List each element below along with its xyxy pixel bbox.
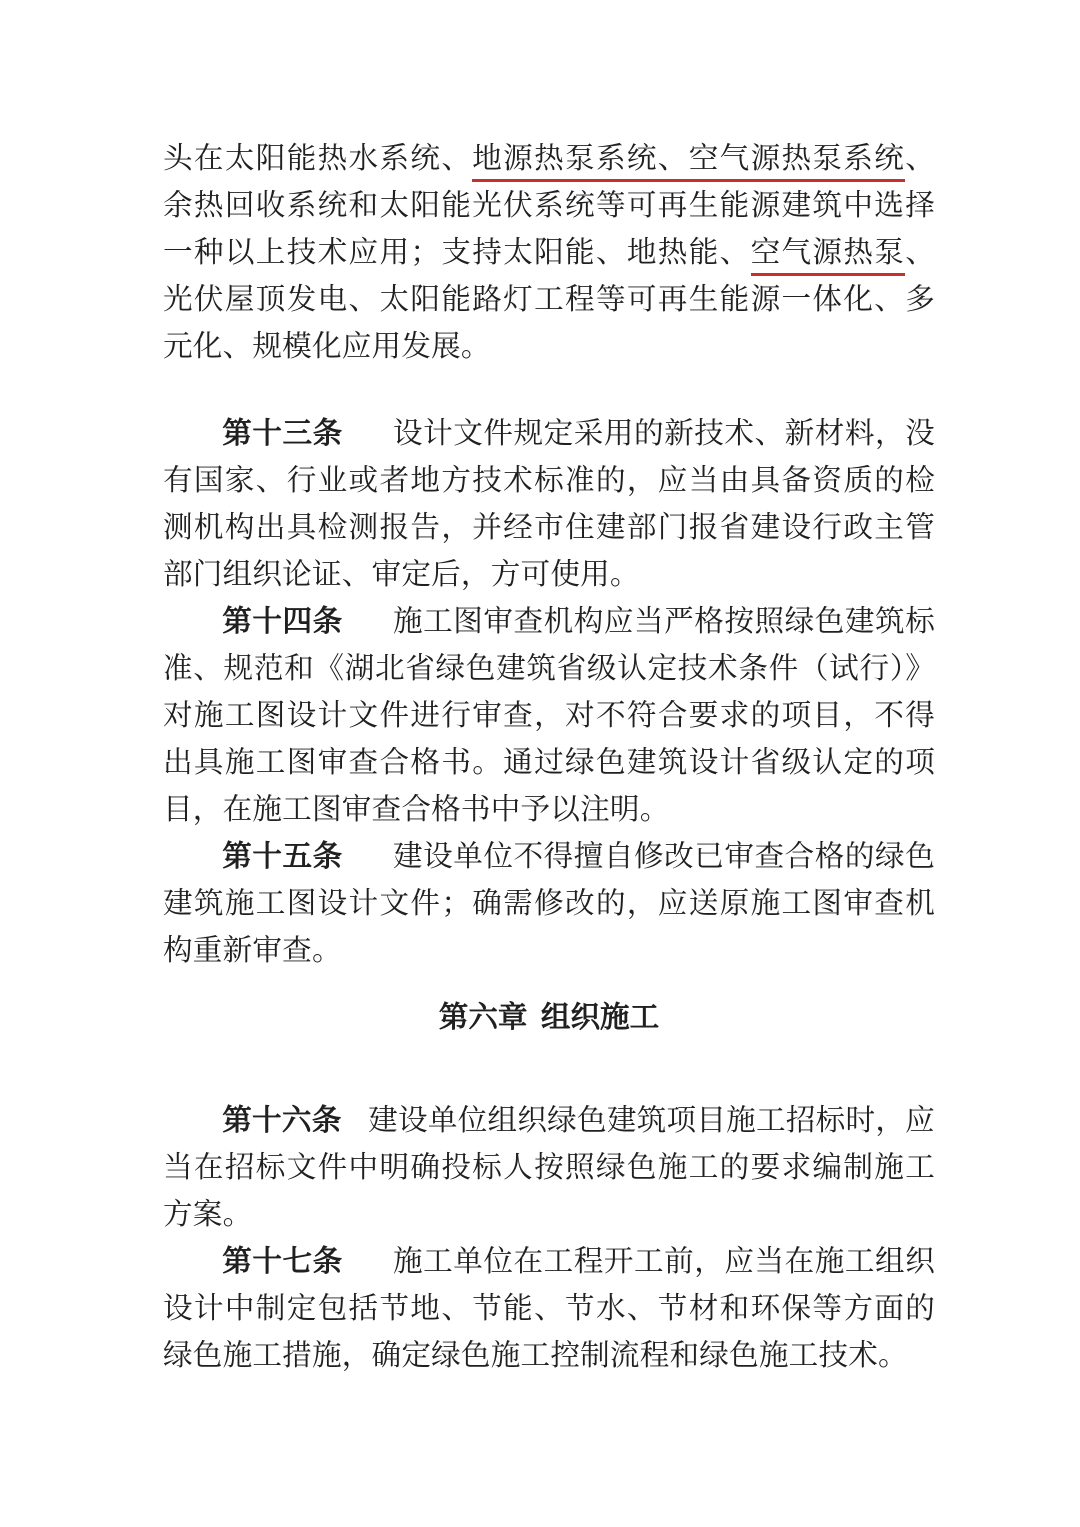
article-17-label: 第十七条 bbox=[222, 1246, 343, 1278]
article-17: 第十七条施工单位在工程开工前，应当在施工组织设计中制定包括节地、节能、节水、节材… bbox=[163, 1239, 935, 1380]
article-16: 第十六条建设单位组织绿色建筑项目施工招标时，应当在招标文件中明确投标人按照绿色施… bbox=[163, 1098, 935, 1239]
article-14-text: 施工图审查机构应当严格按照绿色建筑标准、规范和《湖北省绿色建筑省级认定技术条件（… bbox=[163, 606, 935, 826]
underlined-term-heat-pump-systems: 地源热泵系统、空气源热泵系统 bbox=[472, 143, 905, 182]
article-15: 第十五条建设单位不得擅自修改已审查合格的绿色建筑施工图设计文件；确需修改的，应送… bbox=[163, 834, 935, 975]
underlined-term-air-source-heat-pump: 空气源热泵 bbox=[751, 237, 906, 276]
article-14-label: 第十四条 bbox=[222, 606, 343, 638]
article-13: 第十三条设计文件规定采用的新技术、新材料，没有国家、行业或者地方技术标准的，应当… bbox=[163, 411, 935, 599]
chapter-heading: 第六章 组织施工 bbox=[163, 995, 935, 1042]
article-16-label: 第十六条 bbox=[222, 1105, 341, 1137]
article-15-label: 第十五条 bbox=[222, 841, 343, 873]
article-13-label: 第十三条 bbox=[222, 418, 343, 450]
paragraph-intro: 头在太阳能热水系统、地源热泵系统、空气源热泵系统、余热回收系统和太阳能光伏系统等… bbox=[163, 136, 935, 371]
document-page: 头在太阳能热水系统、地源热泵系统、空气源热泵系统、余热回收系统和太阳能光伏系统等… bbox=[163, 136, 935, 1380]
intro-text-1: 头在太阳能热水系统、 bbox=[163, 143, 472, 175]
article-14: 第十四条施工图审查机构应当严格按照绿色建筑标准、规范和《湖北省绿色建筑省级认定技… bbox=[163, 599, 935, 834]
